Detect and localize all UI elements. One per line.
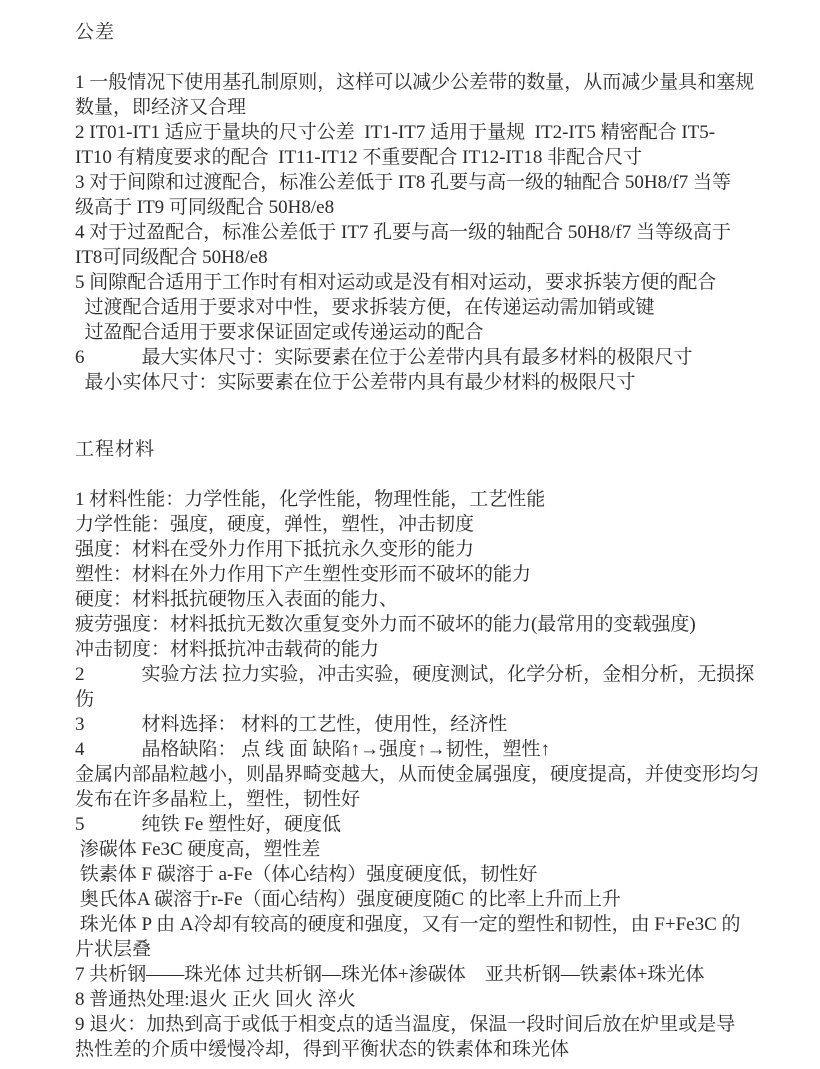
text-line: 热性差的介质中缓慢冷却，得到平衡状态的铁素体和珠光体 xyxy=(75,1037,770,1062)
text-line: 硬度：材料抵抗硬物压入表面的能力、 xyxy=(75,587,770,612)
text-line: 过渡配合适用于要求对中性，要求拆装方便，在传递运动需加销或键 xyxy=(75,295,770,320)
text-line: 疲劳强度：材料抵抗无数次重复变外力而不破坏的能力(最常用的变载强度) xyxy=(75,612,770,637)
text-line: IT8可同级配合 50H8/e8 xyxy=(75,245,770,270)
section-title-engineering-materials: 工程材料 xyxy=(75,437,770,462)
text-line: 3 材料选择： 材料的工艺性，使用性，经济性 xyxy=(75,712,770,737)
text-line: 铁素体 F 碳溶于 a-Fe（体心结构）强度硬度低，韧性好 xyxy=(75,862,770,887)
text-line: 2 IT01-IT1 适应于量块的尺寸公差 IT1-IT7 适用于量规 IT2-… xyxy=(75,120,770,145)
text-line: 3 对于间隙和过渡配合，标准公差低于 IT8 孔要与高一级的轴配合 50H8/f… xyxy=(75,170,770,195)
text-line: 最小实体尺寸：实际要素在位于公差带内具有最少材料的极限尺寸 xyxy=(75,370,770,395)
text-line: 9 退火：加热到高于或低于相变点的适当温度，保温一段时间后放在炉里或是导 xyxy=(75,1012,770,1037)
text-line: 5 间隙配合适用于工作时有相对运动或是没有相对运动，要求拆装方便的配合 xyxy=(75,270,770,295)
text-line: 奥氏体A 碳溶于r-Fe（面心结构）强度硬度随C 的比率上升而上升 xyxy=(75,887,770,912)
text-line: 塑性：材料在外力作用下产生塑性变形而不破坏的能力 xyxy=(75,562,770,587)
text-line: 力学性能：强度，硬度，弹性，塑性，冲击韧度 xyxy=(75,512,770,537)
text-line: 1 材料性能：力学性能，化学性能，物理性能，工艺性能 xyxy=(75,487,770,512)
text-line: 数量，即经济又合理 xyxy=(75,95,770,120)
text-line: 伤 xyxy=(75,687,770,712)
text-line: 6 最大实体尺寸：实际要素在位于公差带内具有最多材料的极限尺寸 xyxy=(75,345,770,370)
text-line: 1 一般情况下使用基孔制原则，这样可以减少公差带的数量，从而减少量具和塞规 xyxy=(75,70,770,95)
text-line: 7 共析钢——珠光体 过共析钢—珠光体+渗碳体 亚共析钢—铁素体+珠光体 xyxy=(75,962,770,987)
text-line: 珠光体 P 由 A冷却有较高的硬度和强度，又有一定的塑性和韧性，由 F+Fe3C… xyxy=(75,912,770,937)
text-line: 发布在许多晶粒上，塑性，韧性好 xyxy=(75,787,770,812)
text-line: 片状层叠 xyxy=(75,937,770,962)
text-line: 冲击韧度：材料抵抗冲击载荷的能力 xyxy=(75,637,770,662)
text-line: 级高于 IT9 可同级配合 50H8/e8 xyxy=(75,195,770,220)
text-line: 渗碳体 Fe3C 硬度高，塑性差 xyxy=(75,837,770,862)
text-line: IT10 有精度要求的配合 IT11-IT12 不重要配合 IT12-IT18 … xyxy=(75,145,770,170)
text-line: 金属内部晶粒越小，则晶界畸变越大，从而使金属强度，硬度提高，并使变形均匀 xyxy=(75,762,770,787)
section-spacer xyxy=(75,395,770,437)
section-title-tolerance: 公差 xyxy=(75,20,770,45)
text-line: 强度：材料在受外力作用下抵抗永久变形的能力 xyxy=(75,537,770,562)
text-line: 过盈配合适用于要求保证固定或传递运动的配合 xyxy=(75,320,770,345)
text-line: 8 普通热处理:退火 正火 回火 淬火 xyxy=(75,987,770,1012)
text-line: 2 实验方法 拉力实验，冲击实验，硬度测试，化学分析，金相分析，无损探 xyxy=(75,662,770,687)
text-line: 4 晶格缺陷： 点 线 面 缺陷↑→强度↑→韧性，塑性↑ xyxy=(75,737,770,762)
document-page: 公差 1 一般情况下使用基孔制原则，这样可以减少公差带的数量，从而减少量具和塞规… xyxy=(0,0,820,1069)
blank-line xyxy=(75,462,770,487)
text-line: 4 对于过盈配合，标准公差低于 IT7 孔要与高一级的轴配合 50H8/f7 当… xyxy=(75,220,770,245)
blank-line xyxy=(75,45,770,70)
text-line: 5 纯铁 Fe 塑性好，硬度低 xyxy=(75,812,770,837)
